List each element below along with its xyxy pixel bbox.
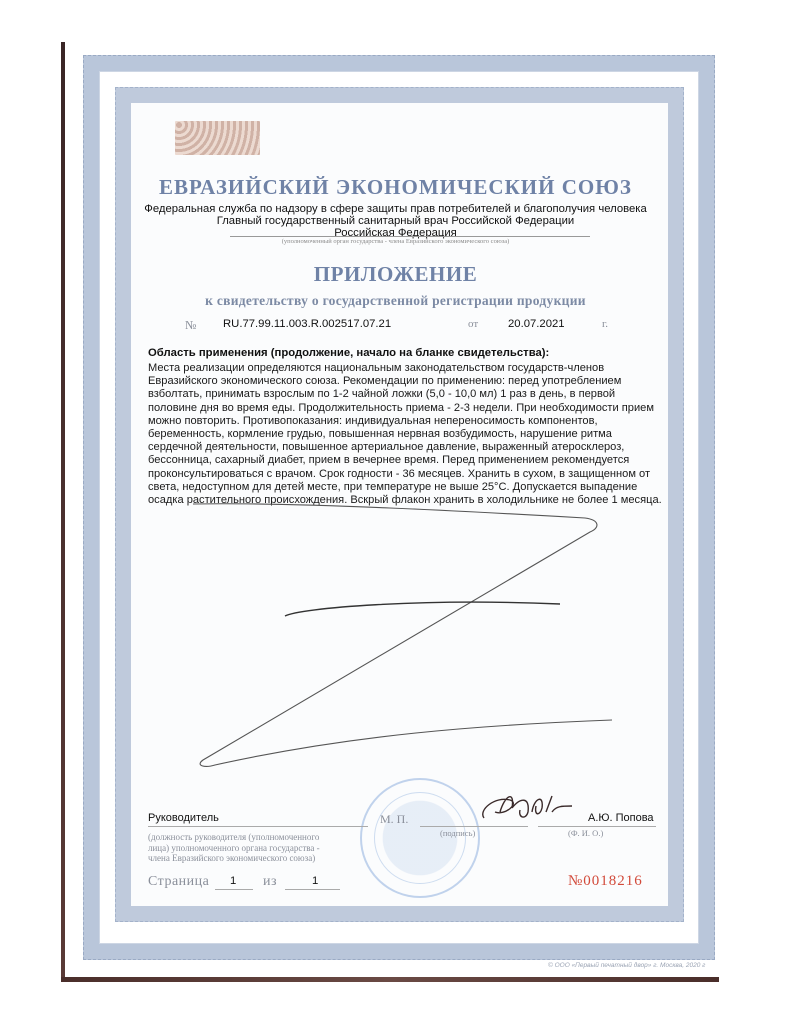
scope-line: Места реализации определяются национальн… [148,362,668,375]
official-stamp [360,778,480,898]
stamp-label: М. П. [380,812,408,827]
number-label: № [185,318,196,333]
official-title: Главный государственный санитарный врач … [0,215,791,227]
scope-line: взболтать, принимать взрослым по 1-2 чай… [148,388,668,401]
page-shadow-bottom [61,977,719,982]
page-label: Страница [148,874,209,890]
signature-caption: (подпись) [440,828,475,838]
certificate-date: 20.07.2021 [508,318,565,330]
scope-text: Места реализации определяются национальн… [148,362,668,507]
certificate-number: RU.77.99.11.003.R.002517.07.21 [223,318,391,330]
page-of-label: из [263,874,277,890]
position-caption-line: (должность руководителя (уполномоченного [148,832,368,843]
position-label: Руководитель [148,812,219,824]
position-underline [148,826,368,827]
scope-line: беременность, кормление грудью, повышенн… [148,428,668,441]
scope-line: половине дня во время еды. Продолжительн… [148,402,668,415]
scope-line: можно повторить. Противопоказания: индив… [148,415,668,428]
union-title: ЕВРАЗИЙСКИЙ ЭКОНОМИЧЕСКИЙ СОЮЗ [0,175,791,200]
page-current-underline [215,889,253,890]
name-caption: (Ф. И. О.) [568,828,603,838]
agency-name: Федеральная служба по надзору в сфере за… [0,203,791,215]
position-caption-line: лица) уполномоченного органа государства… [148,843,368,854]
name-underline [538,826,656,827]
scope-line: бессонница, сахарный диабет, прием в веч… [148,454,668,467]
page-total: 1 [312,875,318,887]
position-caption-line: члена Евразийского экономического союза) [148,853,368,864]
scope-line: сердечной деятельности, повышенное артер… [148,441,668,454]
serial-number: №0018216 [568,873,643,890]
annex-title: ПРИЛОЖЕНИЕ [0,262,791,287]
signature-underline [420,826,528,827]
position-caption: (должность руководителя (уполномоченного… [148,832,368,864]
scope-line: Евразийского экономического союза. Реком… [148,375,668,388]
hologram-security-mark [175,121,260,155]
annex-subtitle: к свидетельству о государственной регист… [0,293,791,309]
page-current: 1 [230,875,236,887]
authority-caption: (уполномоченный орган государства - член… [0,238,791,245]
authority-underline [230,236,590,237]
year-suffix: г. [602,318,608,330]
scope-line: проконсультироваться с врачом. Срок годн… [148,468,668,481]
page-total-underline [285,889,340,890]
date-label: от [468,318,478,330]
scope-line: осадка растительного происхождения. Вскр… [148,494,668,507]
scope-title: Область применения (продолжение, начало … [148,347,549,359]
printer-credit: © ООО «Первый печатный двор» г. Москва, … [548,962,705,969]
signatory-name: А.Ю. Попова [588,812,654,824]
scope-line: света, недоступном для детей месте, при … [148,481,668,494]
